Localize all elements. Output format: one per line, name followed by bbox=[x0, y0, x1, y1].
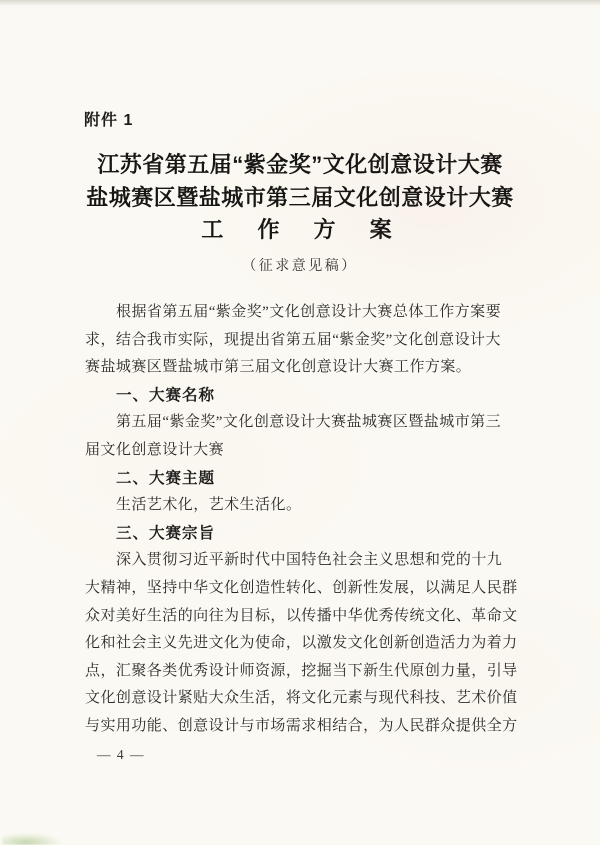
draft-subtitle: （征求意见稿） bbox=[0, 255, 600, 275]
text-line: 点，汇聚各类优秀设计师资源，挖掘当下新生代原创力量，引导 bbox=[85, 658, 523, 686]
text-line: 生活艺术化，艺术生活化。 bbox=[85, 492, 523, 520]
text-line: 赛盐城赛区暨盐城市第三届文化创意设计大赛工作方案。 bbox=[85, 354, 523, 382]
section-heading-2: 二、大赛主题 bbox=[85, 465, 523, 493]
attachment-label: 附件 1 bbox=[84, 107, 133, 130]
document-title: 江苏省第五届“紫金奖”文化创意设计大赛 盐城赛区暨盐城市第三届文化创意设计大赛 … bbox=[0, 149, 600, 247]
title-line-1: 江苏省第五届“紫金奖”文化创意设计大赛 bbox=[0, 149, 600, 182]
section-heading-3: 三、大赛宗旨 bbox=[85, 520, 523, 548]
title-line-2: 盐城赛区暨盐城市第三届文化创意设计大赛 bbox=[0, 182, 600, 215]
text-line: 众对美好生活的向往为目标，以传播中华优秀传统文化、革命文 bbox=[85, 603, 523, 631]
text-line: 大精神，坚持中华文化创造性转化、创新性发展，以满足人民群 bbox=[85, 575, 523, 603]
text-line: 化和社会主义先进文化为使命，以激发文化创新创造活力为着力 bbox=[85, 630, 523, 658]
scanned-document-page: 附件 1 江苏省第五届“紫金奖”文化创意设计大赛 盐城赛区暨盐城市第三届文化创意… bbox=[0, 0, 600, 845]
scan-edge-top bbox=[0, 0, 600, 6]
document-body: 根据省第五届“紫金奖”文化创意设计大赛总体工作方案要 求，结合我市实际，现提出省… bbox=[85, 299, 523, 741]
text-line: 求，结合我市实际，现提出省第五届“紫金奖”文化创意设计大 bbox=[85, 327, 523, 355]
scan-smudge bbox=[2, 833, 62, 845]
text-line: 与实用功能、创意设计与市场需求相结合，为人民群众提供全方 bbox=[85, 713, 523, 741]
text-line: 届文化创意设计大赛 bbox=[85, 437, 523, 465]
section-heading-1: 一、大赛名称 bbox=[85, 382, 523, 410]
text-line: 深入贯彻习近平新时代中国特色社会主义思想和党的十九 bbox=[85, 547, 523, 575]
title-line-3: 工 作 方 案 bbox=[0, 214, 600, 247]
text-line: 根据省第五届“紫金奖”文化创意设计大赛总体工作方案要 bbox=[85, 299, 523, 327]
page-number: — 4 — bbox=[97, 747, 145, 763]
text-line: 第五届“紫金奖”文化创意设计大赛盐城赛区暨盐城市第三 bbox=[85, 409, 523, 437]
text-line: 文化创意设计紧贴大众生活，将文化元素与现代科技、艺术价值 bbox=[85, 685, 523, 713]
